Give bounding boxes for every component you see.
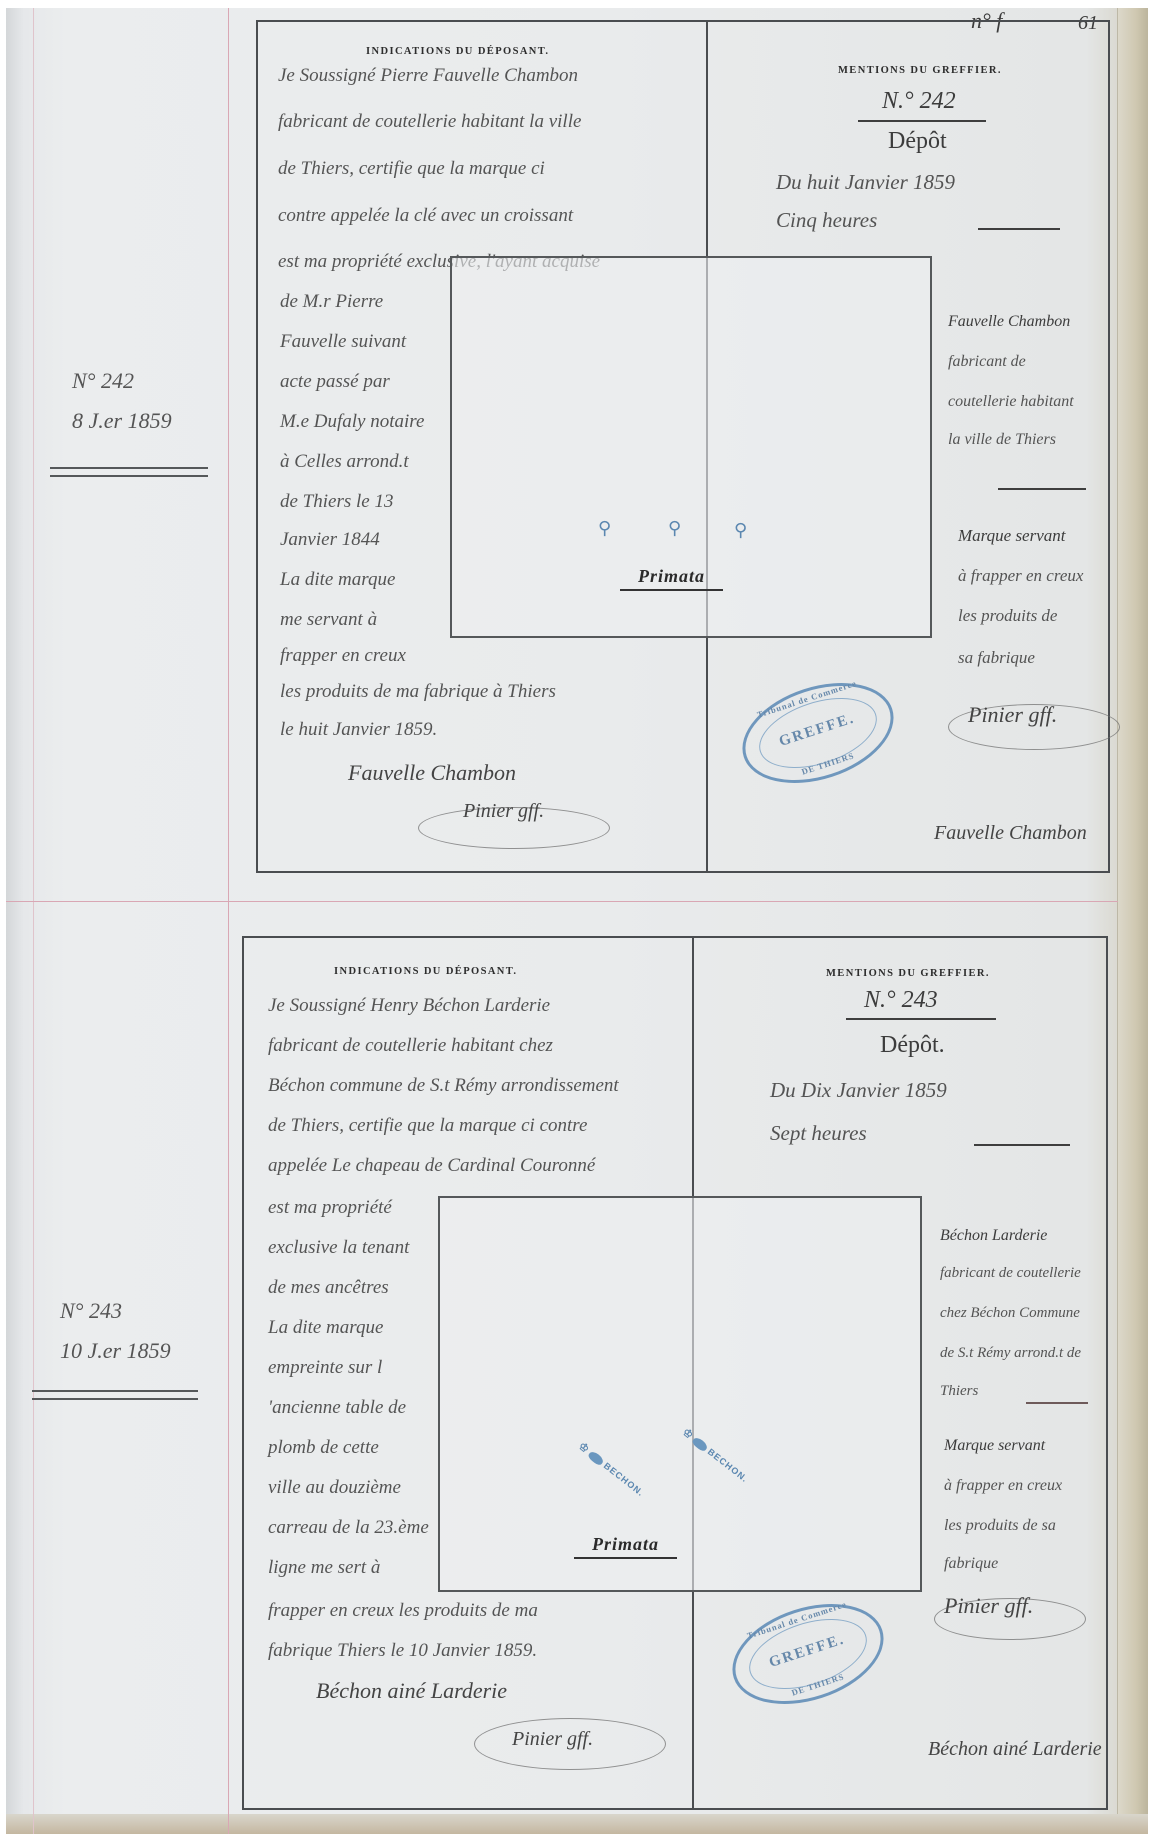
page-bottom-edge bbox=[6, 1814, 1148, 1834]
page-edge bbox=[1117, 8, 1148, 1834]
declaration-line: Fauvelle suivant bbox=[280, 324, 406, 359]
trademark-impression-box: ⚲ ⚲ ⚲ Primata bbox=[450, 256, 932, 638]
separator-rule bbox=[998, 488, 1086, 490]
clerk-depositor-line: chez Béchon Commune bbox=[940, 1296, 1080, 1331]
clerk-signature-right: Pinier gff. bbox=[968, 702, 1057, 728]
greffe-seal: Tribunal de Commerce GREFFE. DE THIERS bbox=[720, 1586, 897, 1722]
declaration-line: de Thiers, certifie que la marque ci bbox=[278, 151, 545, 186]
clerk-signature-right: Pinier gff. bbox=[944, 1593, 1033, 1619]
clerk-depositor-line: Thiers bbox=[940, 1374, 978, 1409]
clerk-mark-line: fabrique bbox=[944, 1546, 998, 1581]
clerk-mark-line: Marque servant bbox=[944, 1428, 1045, 1463]
declaration-line: La dite marque bbox=[268, 1310, 383, 1345]
margin-note-date: 8 J.er 1859 bbox=[72, 403, 172, 438]
clerk-mark-line: Marque servant bbox=[958, 518, 1066, 553]
primata-caption: Primata bbox=[574, 1534, 677, 1559]
declaration-line: de M.r Pierre bbox=[280, 284, 383, 319]
declaration-line: fabricant de coutellerie habitant la vil… bbox=[278, 104, 581, 139]
declaration-line: de Thiers, certifie que la marque ci con… bbox=[268, 1108, 587, 1143]
depositor-signature: Fauvelle Chambon bbox=[348, 760, 516, 786]
declaration-line: acte passé par bbox=[280, 364, 390, 399]
declaration-line: Je Soussigné Pierre Fauvelle Chambon bbox=[278, 58, 578, 93]
clerk-signature: Pinier gff. bbox=[512, 1728, 593, 1751]
depositor-signature-right: Fauvelle Chambon bbox=[934, 822, 1087, 845]
declaration-line: carreau de la 23.ème bbox=[268, 1510, 429, 1545]
cardinal-hat-icon bbox=[587, 1450, 605, 1467]
declaration-line: les produits de ma fabrique à Thiers bbox=[280, 674, 556, 709]
separator-rule bbox=[1026, 1402, 1088, 1404]
clerk-column-header: Mentions du greffier. bbox=[838, 65, 1002, 76]
declaration-line: ville au douzième bbox=[268, 1470, 401, 1505]
clerk-mark-line: sa fabrique bbox=[958, 640, 1035, 675]
declaration-line: plomb de cette bbox=[268, 1430, 379, 1465]
declaration-line: 'ancienne table de bbox=[268, 1390, 406, 1425]
bechon-hat-mark: ♔BECHON. bbox=[680, 1425, 751, 1485]
declaration-line: exclusive la tenant bbox=[268, 1230, 409, 1265]
cardinal-hat-icon bbox=[691, 1436, 709, 1453]
clerk-mark-line: à frapper en creux bbox=[944, 1468, 1062, 1503]
declaration-line: est ma propriété bbox=[268, 1190, 392, 1225]
margin-note-number: N° 242 bbox=[72, 363, 134, 398]
mark-text: BECHON. bbox=[706, 1447, 750, 1485]
margin-note-number: N° 243 bbox=[60, 1293, 122, 1328]
record-number: N.° 243 bbox=[864, 983, 938, 1018]
declaration-line: Janvier 1844 bbox=[280, 522, 380, 557]
clerk-mark-line: les produits de sa bbox=[944, 1508, 1056, 1543]
deposit-time: Cinq heures bbox=[776, 203, 877, 238]
clerk-depositor-line: Béchon Larderie bbox=[940, 1218, 1047, 1253]
deposit-date: Du Dix Janvier 1859 bbox=[770, 1073, 947, 1108]
declaration-line: me servant à bbox=[280, 602, 377, 637]
margin-double-rule bbox=[50, 467, 208, 477]
declaration-line: empreinte sur l bbox=[268, 1350, 382, 1385]
deposit-date: Du huit Janvier 1859 bbox=[776, 165, 955, 200]
margin-note-date: 10 J.er 1859 bbox=[60, 1333, 171, 1368]
bechon-hat-mark: ♔BECHON. bbox=[576, 1439, 647, 1499]
date-rule bbox=[978, 228, 1060, 230]
declaration-line: La dite marque bbox=[280, 562, 395, 597]
declaration-line: de mes ancêtres bbox=[268, 1270, 389, 1305]
declaration-line: Je Soussigné Henry Béchon Larderie bbox=[268, 988, 550, 1023]
key-crescent-mark-icon: ⚲ bbox=[668, 518, 681, 539]
depot-title: Dépôt bbox=[888, 124, 947, 159]
mark-text: BECHON. bbox=[602, 1461, 646, 1499]
declaration-line: contre appelée la clé avec un croissant bbox=[278, 198, 573, 233]
declaration-line: ligne me sert à bbox=[268, 1550, 380, 1585]
declaration-line: frapper en creux les produits de ma bbox=[268, 1593, 538, 1628]
declaration-line: le huit Janvier 1859. bbox=[280, 712, 437, 747]
depositor-column-header: Indications du déposant. bbox=[366, 46, 549, 57]
declaration-line: fabricant de coutellerie habitant chez bbox=[268, 1028, 553, 1063]
record-number: N.° 242 bbox=[882, 84, 956, 119]
clerk-column-header: Mentions du greffier. bbox=[826, 968, 990, 979]
depositor-column-header: Indications du déposant. bbox=[334, 966, 517, 977]
clerk-depositor-line: la ville de Thiers bbox=[948, 422, 1056, 457]
clerk-depositor-line: Fauvelle Chambon bbox=[948, 304, 1070, 339]
trademark-impression-box: ♔BECHON. ♔BECHON. Primata bbox=[438, 1196, 922, 1592]
margin-rule bbox=[228, 8, 229, 1834]
date-rule bbox=[974, 1144, 1070, 1146]
greffe-seal: Tribunal de Commerce GREFFE. DE THIERS bbox=[730, 665, 907, 801]
deposit-record-242: Indications du déposant. Mentions du gre… bbox=[256, 20, 1110, 873]
number-underline bbox=[858, 120, 986, 122]
margin-rule-outer bbox=[33, 8, 34, 1834]
clerk-depositor-line: fabricant de bbox=[948, 344, 1026, 379]
clerk-mark-line: à frapper en creux bbox=[958, 558, 1083, 593]
declaration-line: frapper en creux bbox=[280, 638, 406, 673]
primata-caption: Primata bbox=[620, 566, 723, 591]
clerk-depositor-line: de S.t Rémy arrond.t de bbox=[940, 1336, 1081, 1371]
key-crescent-mark-icon: ⚲ bbox=[598, 518, 611, 539]
register-page: n° f 61 N° 242 8 J.er 1859 Indications d… bbox=[6, 8, 1148, 1834]
deposit-time: Sept heures bbox=[770, 1116, 867, 1151]
declaration-line: à Celles arrond.t bbox=[280, 444, 409, 479]
clerk-depositor-line: fabricant de coutellerie bbox=[940, 1256, 1081, 1291]
depot-title: Dépôt. bbox=[880, 1028, 945, 1063]
declaration-line: de Thiers le 13 bbox=[280, 484, 393, 519]
declaration-line: M.e Dufaly notaire bbox=[280, 404, 424, 439]
depositor-signature: Béchon ainé Larderie bbox=[316, 1678, 507, 1704]
deposit-record-243: Indications du déposant. Mentions du gre… bbox=[242, 936, 1108, 1810]
declaration-line: Béchon commune de S.t Rémy arrondissemen… bbox=[268, 1068, 619, 1103]
margin-double-rule bbox=[32, 1390, 198, 1400]
key-crescent-mark-icon: ⚲ bbox=[734, 520, 747, 541]
declaration-line: fabrique Thiers le 10 Janvier 1859. bbox=[268, 1633, 537, 1668]
number-underline bbox=[846, 1018, 996, 1020]
clerk-signature: Pinier gff. bbox=[463, 800, 544, 823]
clerk-depositor-line: coutellerie habitant bbox=[948, 384, 1074, 419]
record-separator-rule bbox=[6, 901, 1118, 902]
depositor-signature-right: Béchon ainé Larderie bbox=[928, 1738, 1102, 1761]
declaration-line: appelée Le chapeau de Cardinal Couronné bbox=[268, 1148, 595, 1183]
clerk-mark-line: les produits de bbox=[958, 598, 1057, 633]
